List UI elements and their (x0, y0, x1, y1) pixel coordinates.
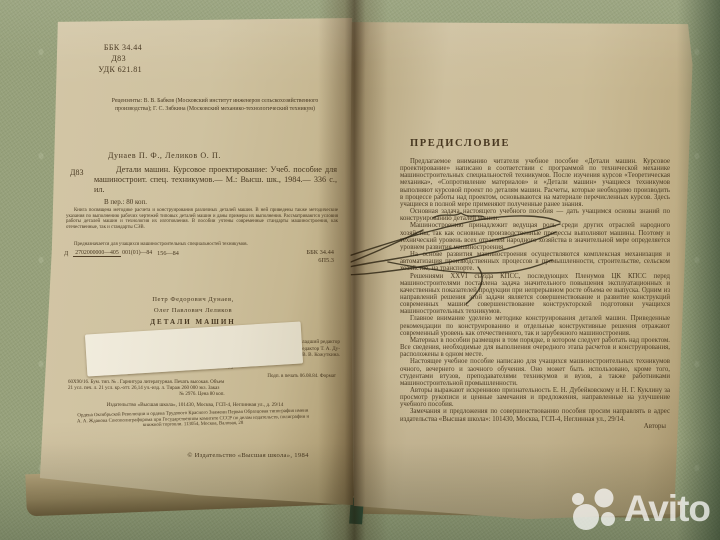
authors-short-line: Дунаев П. Ф., Леликов О. П. (108, 151, 221, 160)
preface-paragraph: Настоящее учебное пособие написано для у… (400, 358, 670, 387)
paper-slip-bookmark (85, 321, 303, 376)
avito-watermark-text: Avito (624, 488, 710, 530)
preface-paragraph: Авторы выражают искреннюю признательност… (400, 387, 670, 408)
authors-signature: Авторы (400, 423, 670, 430)
bbk-classification-block: ББК 34.44 Д83 УДК 621.81 (62, 42, 142, 75)
code-numerator: 2702000000—405 (73, 250, 120, 257)
bbk-right-line2: 6П5.3 (256, 257, 334, 265)
full-author-2: Олег Павлович Леликов (78, 305, 308, 316)
bbk-right-block: ББК 34.44 6П5.3 (256, 249, 334, 264)
right-page: ПРЕДИСЛОВИЕ Предлагаемое вниманию читате… (348, 14, 696, 520)
copyright-line: © Издательство «Высшая школа», 1984 (148, 452, 348, 459)
book-photo-scene: ББК 34.44 Д83 УДК 621.81 Рецензенты: В. … (0, 0, 720, 540)
udk-line: УДК 621.81 (62, 64, 142, 75)
avito-logo-icon (571, 486, 617, 532)
annotation-audience: Предназначается для учащихся машинострои… (66, 242, 338, 248)
d-index-line: Д83 (62, 53, 142, 64)
code-denominator: 001(01)—84 (122, 250, 152, 256)
code-suffix: 156—84 (157, 250, 179, 257)
reviewers-block: Рецензенты: В. В. Бабков (Московский инс… (95, 98, 335, 113)
code-fraction: 2702000000—405 001(01)—84 (73, 250, 152, 257)
catalog-card-index: Д83 (70, 168, 83, 177)
bbk-right-line1: ББК 34.44 (256, 249, 334, 257)
colophon-block: Подп. в печать 06.08.84. Формат 60Х90/16… (68, 374, 336, 398)
full-author-names: Петр Федорович Дунаев, Олег Павлович Лел… (78, 294, 308, 316)
publication-code: Д 2702000000—405 001(01)—84 156—84 (64, 250, 179, 257)
code-prefix: Д (64, 250, 68, 257)
preface-paragraph: Материал в пособии размещен в том порядк… (400, 337, 670, 358)
price-line: В пер.: 80 коп. (104, 198, 147, 206)
colophon-line-4: № 2976. Цена 80 коп. (68, 392, 336, 398)
pen-scribble-annotation (328, 172, 578, 332)
left-page: ББК 34.44 Д83 УДК 621.81 Рецензенты: В. … (38, 18, 353, 510)
preface-paragraph: Замечания и предложения по совершенствов… (400, 408, 670, 422)
preface-heading: ПРЕДИСЛОВИЕ (410, 138, 510, 149)
avito-watermark: Avito (571, 486, 710, 532)
full-author-1: Петр Федорович Дунаев, (78, 294, 308, 305)
publisher-address: Издательство «Высшая школа», 101430, Мос… (52, 402, 338, 408)
annotation-abstract: Книга посвящена методике расчета и конст… (66, 208, 338, 230)
printing-house-block: Ордена Октябрьской Революции и ордена Тр… (76, 409, 310, 431)
catalog-card-text: Детали машин. Курсовое проектирование: У… (94, 165, 337, 196)
bbk-line: ББК 34.44 (62, 42, 142, 53)
